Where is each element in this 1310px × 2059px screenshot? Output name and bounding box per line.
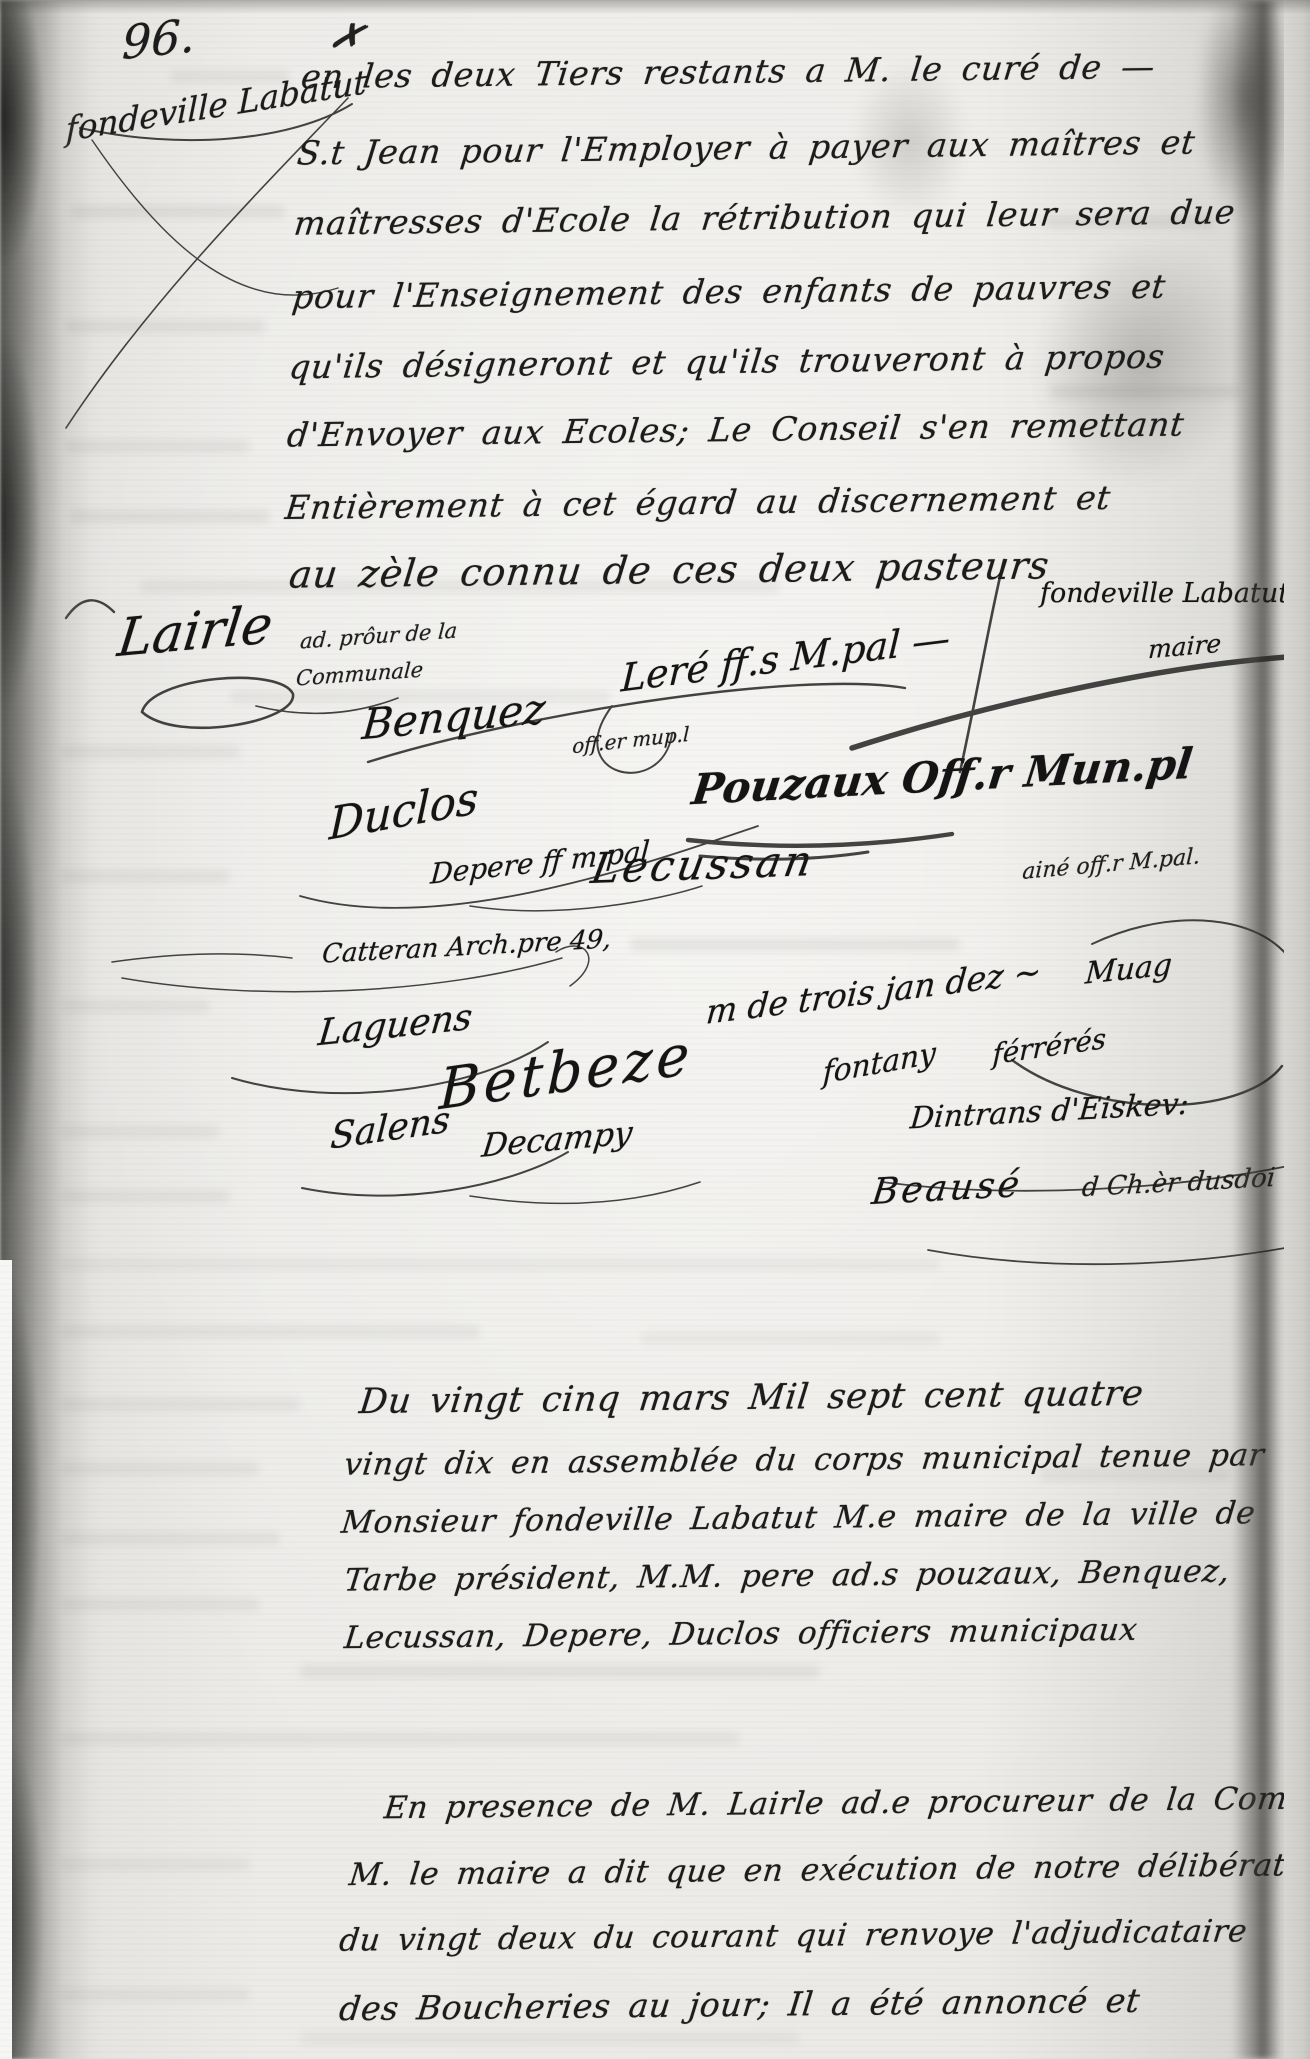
manuscript-page: 96. ✗ fondeville Labatut en les deux Tie…: [0, 0, 1310, 2059]
scan-left-sliver: [0, 1260, 12, 2059]
text-line: Du vingt cinq mars Mil sept cent quatre: [357, 1374, 1145, 1422]
margin-cross-mark: ✗: [325, 11, 369, 64]
signature-fondeville-title: maire: [1147, 629, 1222, 665]
signature-lairle-note: ad. prôur de la: [299, 618, 458, 653]
bleedthrough-smudge: [65, 440, 250, 453]
text-line: des Boucheries au jour; Il a été annoncé…: [337, 1981, 1142, 2028]
signature-detroisjandez: m de trois jan dez ~: [705, 951, 1044, 1032]
bleedthrough-smudge: [70, 510, 270, 523]
text-line: Monsieur fondeville Labatut M.e maire de…: [339, 1495, 1257, 1541]
text-line: S.t Jean pour l'Employer à payer aux maî…: [295, 123, 1197, 173]
text-line: en les deux Tiers restants a M. le curé …: [299, 47, 1157, 96]
bleedthrough-smudge: [60, 1532, 280, 1545]
text-line: M. le maire a dit que en exécution de no…: [347, 1847, 1310, 1893]
signature-duclos: Duclos: [328, 772, 479, 850]
text-line: au zèle connu de ces deux pasteurs: [287, 543, 1052, 596]
signature-muag: Muag: [1084, 947, 1173, 992]
signature-catteran: Catteran Arch.pre 49,: [321, 924, 613, 969]
book-gutter-shadow: [1180, 0, 1290, 330]
text-line: Lecussan, Depere, Duclos officiers munic…: [342, 1612, 1139, 1656]
signature-lecussan: Lecussan: [588, 836, 819, 893]
signature-lecussan-note: ainé off.r M.pal.: [1022, 844, 1201, 885]
signature-betbeze: Betbeze: [438, 1022, 694, 1124]
signature-lairle: Lairle: [115, 595, 276, 669]
bleedthrough-smudge: [300, 1665, 820, 1678]
bleedthrough-smudge: [300, 2032, 800, 2045]
bleedthrough-smudge: [60, 1258, 940, 1271]
signature-lere: Leré ff.s M.pal —: [620, 616, 951, 701]
text-line: Tarbe président, M.M. pere ad.s pouzaux,…: [342, 1553, 1231, 1598]
signature-benquez-note: off.er mup.l: [572, 722, 690, 759]
text-line: En presence de M. Lairle ad.e procureur …: [382, 1780, 1310, 1826]
bleedthrough-smudge: [60, 1325, 480, 1338]
text-line: Entièrement à cet égard au discernement …: [283, 478, 1113, 527]
bleedthrough-smudge: [60, 1732, 740, 1745]
signature-laguens: Laguens: [316, 997, 474, 1055]
signature-dintrans: Dintrans d'Eiskev:: [909, 1087, 1191, 1137]
bleedthrough-smudge: [630, 938, 960, 951]
signature-pouzaux: Pouzaux Off.r Mun.pl: [689, 739, 1195, 815]
signature-fontan: fontany: [822, 1036, 936, 1092]
scan-left-edge: [0, 0, 90, 2059]
signature-decampy: Decampy: [480, 1113, 635, 1165]
signature-lairle-note: Communale: [295, 657, 424, 690]
text-line: du vingt deux du courant qui renvoye l'a…: [337, 1913, 1249, 1958]
text-line: pour l'Enseignement des enfants de pauvr…: [290, 267, 1168, 317]
signature-beause: Beausé: [870, 1164, 1025, 1213]
adjacent-page-strip: [1284, 0, 1310, 2059]
bleedthrough-smudge: [65, 320, 265, 333]
bleedthrough-smudge: [70, 205, 285, 218]
scan-top-edge: [0, 0, 1310, 14]
page-number: 96.: [121, 8, 196, 70]
bleedthrough-smudge: [60, 1598, 260, 1611]
signature-ferreres: férrérés: [992, 1022, 1107, 1071]
signature-salens: Salens: [329, 1099, 451, 1158]
bleedthrough-smudge: [640, 1332, 940, 1345]
bleedthrough-smudge: [60, 1462, 260, 1475]
bleedthrough-smudge: [60, 1398, 300, 1411]
